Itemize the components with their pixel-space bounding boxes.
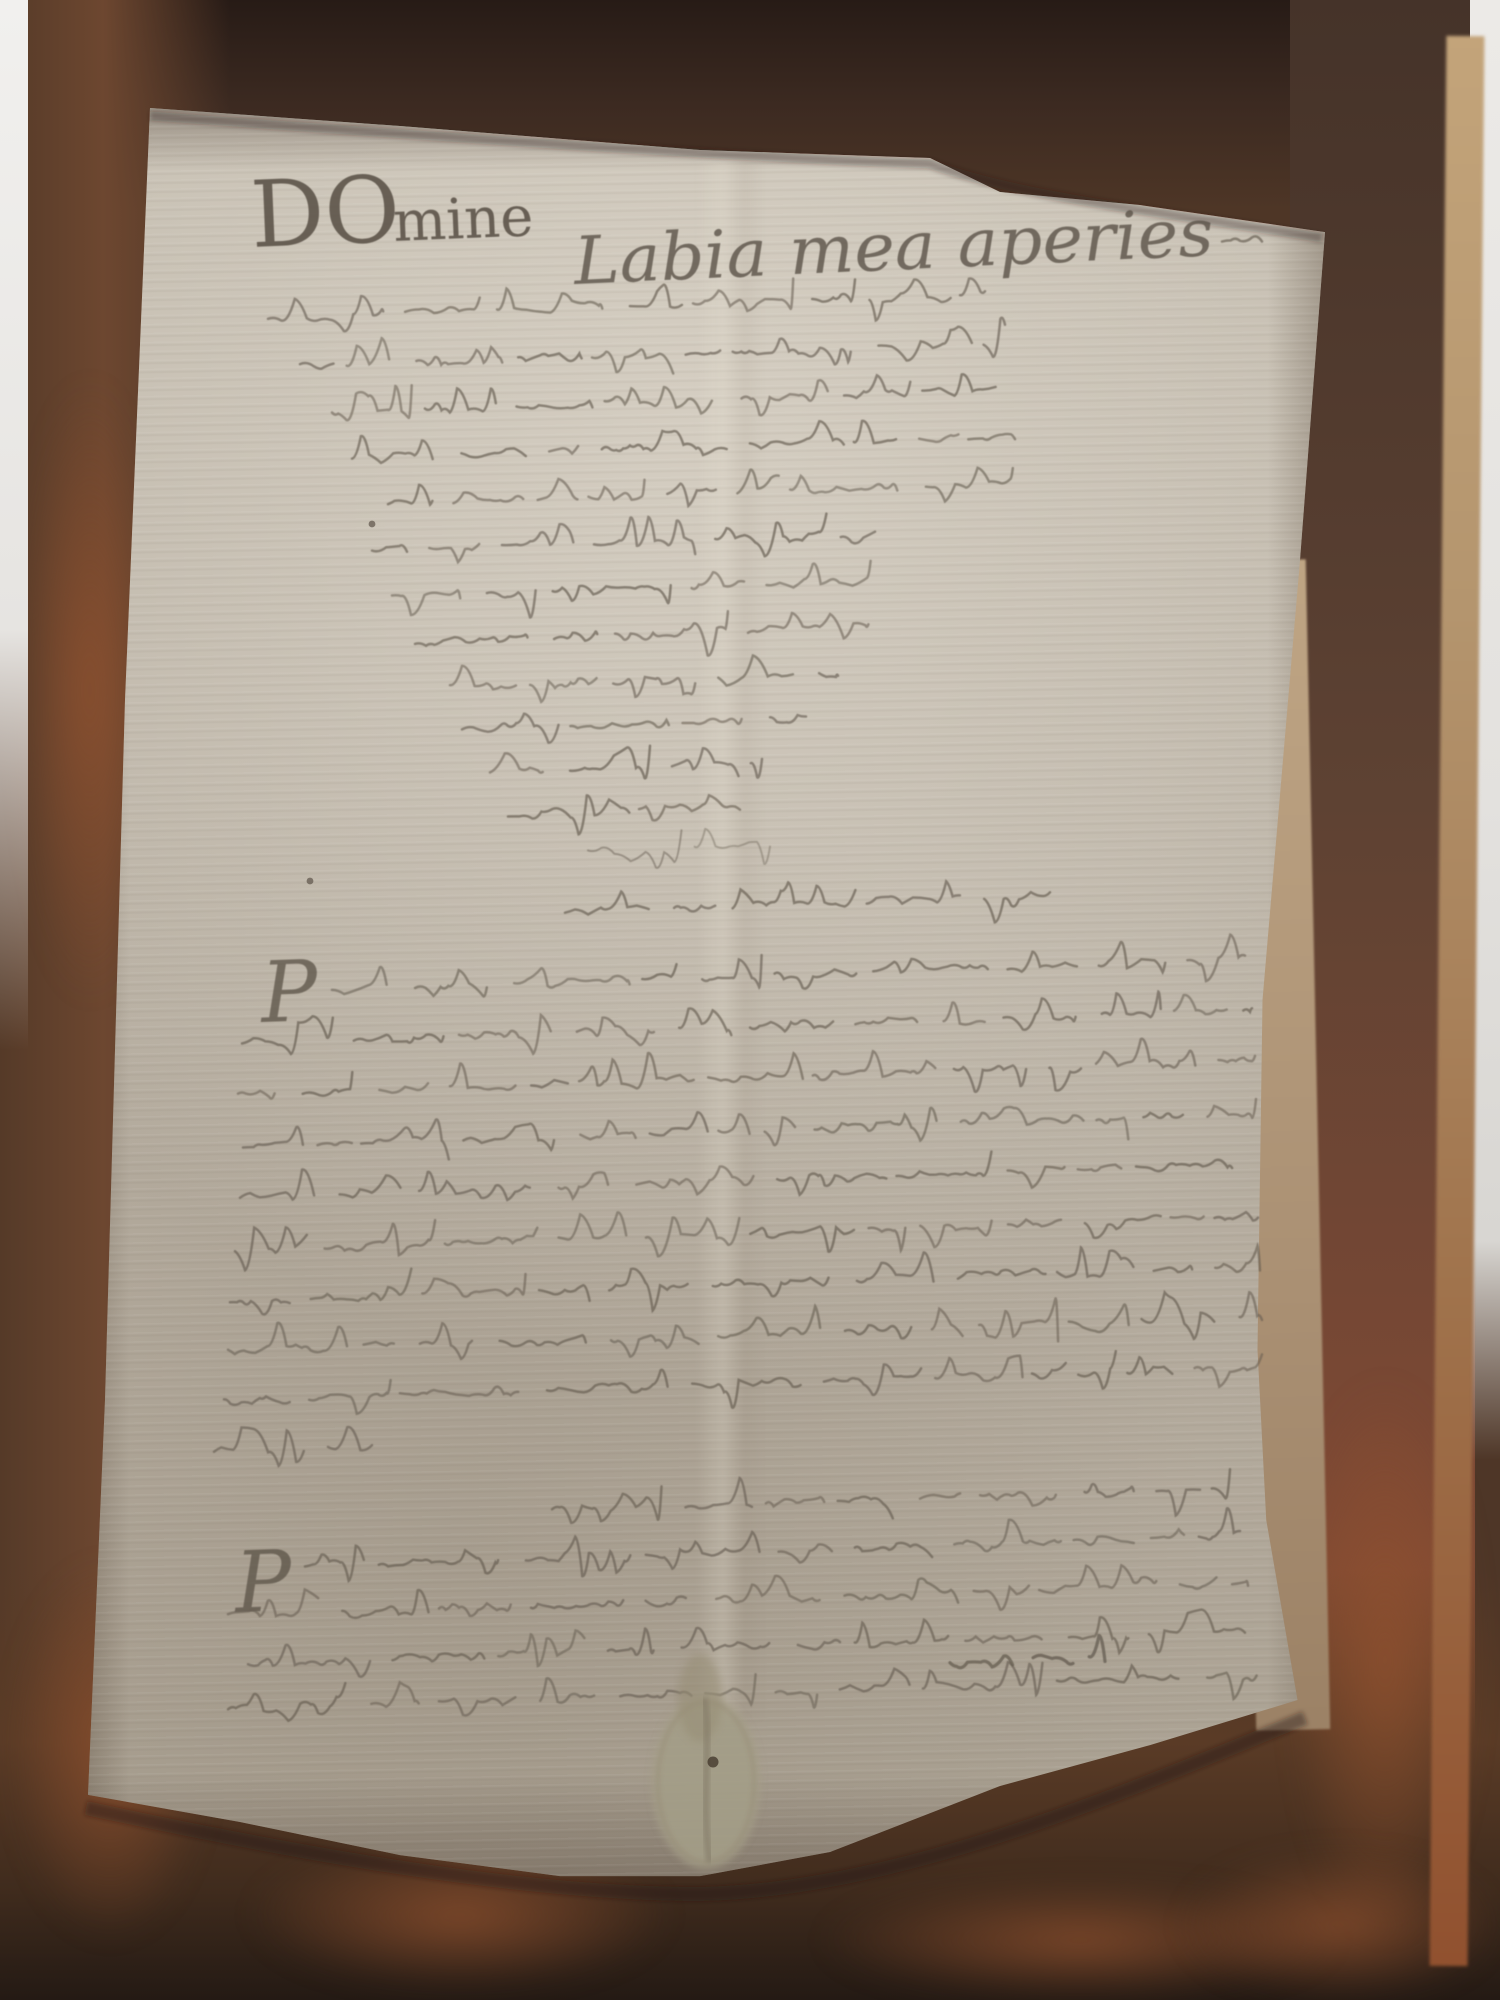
handwriting-line [646, 1532, 760, 1569]
handwriting-line [1207, 1673, 1256, 1699]
handwriting-line [686, 351, 721, 355]
handwriting-line [642, 964, 676, 979]
handwriting-line [379, 1550, 498, 1573]
stain-smear-top [678, 1654, 722, 1742]
handwriting-line [502, 524, 573, 545]
paragraph-initial-2: P [231, 1532, 294, 1632]
handwriting-line [751, 759, 762, 778]
handwriting-line [954, 1066, 1026, 1092]
handwriting-line [1078, 1165, 1121, 1171]
handwriting-line [1180, 1577, 1217, 1588]
handwriting-line [1232, 1581, 1248, 1586]
handwriting-line [1069, 1304, 1129, 1331]
handwriting-line [309, 1380, 390, 1414]
handwriting-line [748, 613, 868, 638]
handwriting-line [589, 480, 645, 500]
handwriting-line [1099, 942, 1165, 972]
handwriting-line [776, 1691, 817, 1707]
handwriting-line [531, 1080, 568, 1087]
handwriting-line [592, 349, 673, 373]
handwriting-line [869, 1228, 906, 1250]
handwriting-line [750, 421, 844, 448]
handwriting-line [342, 1590, 428, 1618]
handwriting-line [230, 1300, 290, 1315]
handwriting-line [463, 1124, 554, 1150]
handwriting-line [667, 484, 716, 506]
handwriting-line [765, 1118, 795, 1146]
title-initial-caps: DO [248, 156, 402, 269]
handwriting-line [1039, 1565, 1156, 1592]
handwriting-line [779, 1544, 832, 1562]
ink-layer: DO mine Labia mea aperies P P [0, 0, 1500, 2000]
handwriting-line [840, 1669, 910, 1692]
handwriting-line [873, 959, 988, 972]
handwriting-line [615, 611, 728, 655]
handwriting-line [588, 830, 682, 868]
handwriting-line [577, 1018, 654, 1045]
handwriting-line [679, 1008, 731, 1035]
stain-group [652, 1654, 760, 1868]
handwriting-line [961, 1107, 1084, 1125]
handwriting-line [737, 470, 778, 494]
handwriting-line [602, 431, 727, 455]
handwriting-line [855, 1620, 948, 1647]
title-group: DO mine Labia mea aperies [248, 156, 1215, 300]
handwriting-line [845, 1579, 959, 1603]
title-initial-rest: mine [392, 184, 535, 255]
handwriting-line [1215, 1246, 1260, 1272]
handwriting-line [777, 1174, 886, 1195]
handwriting-line [609, 1269, 687, 1311]
handwriting-line [1199, 1508, 1240, 1539]
handwriting-line [439, 1697, 515, 1715]
handwriting-line [1089, 1635, 1105, 1661]
handwriting-line [514, 968, 629, 987]
handwriting-line [531, 1600, 623, 1608]
handwriting-line [325, 1220, 436, 1255]
handwriting-line [692, 572, 744, 589]
handwriting-line [539, 1285, 590, 1301]
handwriting-line [332, 967, 387, 994]
handwriting-line [672, 748, 739, 776]
handwriting-line [1142, 1293, 1215, 1339]
handwriting-line [980, 1492, 1056, 1505]
handwriting-line [419, 1172, 530, 1200]
handwriting-line [716, 1576, 819, 1603]
handwriting-line [1096, 1039, 1195, 1068]
handwriting-line [922, 374, 995, 395]
handwriting-line [311, 1269, 412, 1301]
handwriting-line [538, 479, 578, 500]
handwriting-line [552, 1486, 662, 1523]
handwriting-line [318, 1142, 352, 1145]
handwriting-line [1212, 1469, 1230, 1498]
handwriting-line [415, 970, 487, 996]
handwriting-line [416, 347, 502, 365]
handwriting-line [459, 1015, 551, 1054]
handwriting-line [559, 1212, 627, 1239]
handwriting-line [1208, 1099, 1257, 1118]
handwriting-line [487, 590, 536, 617]
handwriting-line [845, 1325, 911, 1338]
handwriting-line [1243, 1008, 1252, 1012]
handwriting-line [1240, 1292, 1262, 1320]
handwriting-line [462, 714, 559, 743]
handwriting-line [824, 1364, 921, 1394]
handwriting-line [855, 1018, 917, 1024]
handwriting-line [650, 1112, 708, 1135]
handwriting-line [1085, 1484, 1134, 1497]
handwriting-line [332, 385, 412, 420]
handwriting-line [841, 532, 875, 544]
handwriting-line [393, 1653, 485, 1661]
handwriting-line [920, 1493, 960, 1498]
handwriting-line [611, 1326, 699, 1357]
handwriting-line [713, 1278, 829, 1297]
handwriting-line [718, 656, 793, 686]
handwriting-line [605, 387, 712, 413]
handwriting-line [926, 468, 1013, 502]
handwriting-line [944, 1003, 985, 1025]
handwriting-line [718, 1306, 820, 1337]
handwriting-line [968, 434, 1015, 440]
handwriting-line [718, 1114, 749, 1133]
handwriting-line [1078, 1351, 1116, 1388]
handwriting-line [570, 746, 650, 779]
handwriting-line [405, 298, 480, 313]
handwriting-line [1156, 1490, 1200, 1516]
handwriting-line [508, 795, 629, 834]
handwriting-line [878, 327, 971, 361]
handwriting-line [305, 1546, 364, 1581]
handwriting-line [392, 590, 460, 615]
handwriting-line [733, 339, 851, 365]
handwriting-line [1174, 995, 1227, 1014]
handwriting-line [613, 677, 695, 697]
handwriting-line [1218, 1056, 1255, 1062]
handwriting-line [1057, 1248, 1133, 1278]
handwriting-line [372, 545, 407, 551]
handwriting-line [490, 753, 543, 772]
ink-dot [369, 521, 376, 528]
handwriting-line [639, 795, 740, 820]
handwriting-line [1143, 1113, 1183, 1118]
handwriting-line [303, 1072, 353, 1096]
handwriting-line [974, 1586, 1029, 1610]
handwriting-line [450, 666, 516, 689]
handwriting-line [420, 1323, 472, 1359]
stain-streak [704, 1698, 710, 1862]
handwriting-line [733, 882, 856, 908]
handwriting-line [1222, 236, 1262, 241]
handwriting-line [767, 561, 871, 588]
handwriting-line [608, 1629, 654, 1655]
handwriting-line [1032, 1363, 1066, 1379]
handwriting-line [594, 517, 695, 554]
handwriting-line [819, 673, 838, 677]
handwriting-line [300, 363, 334, 369]
handwriting-line [1033, 1655, 1073, 1664]
handwriting-line [674, 906, 715, 912]
handwriting-line [388, 485, 432, 505]
handwriting-line [1171, 1216, 1204, 1219]
handwriting-line [540, 1678, 594, 1702]
handwriting-lines [214, 236, 1262, 1720]
handwriting-line [1008, 952, 1077, 972]
handwriting-line [935, 1356, 1022, 1381]
handwriting-line [228, 1683, 345, 1721]
handwriting-line [646, 1597, 686, 1607]
handwriting-line [1187, 935, 1245, 981]
handwriting-line [240, 1169, 314, 1199]
handwriting-line [708, 1053, 803, 1082]
handwriting-line [1008, 1220, 1061, 1227]
handwriting-line [692, 1378, 800, 1408]
handwriting-line [248, 1645, 370, 1677]
paragraph-initial-1: P [257, 942, 320, 1042]
handwriting-line [766, 1497, 824, 1506]
handwriting-line [547, 1370, 668, 1393]
handwriting-line [228, 1323, 347, 1354]
handwriting-line [352, 436, 433, 463]
handwriting-line [636, 1166, 753, 1194]
handwriting-line [1151, 1529, 1184, 1538]
handwriting-line [530, 678, 597, 702]
handwriting-line [1085, 1215, 1161, 1238]
handwriting-line [867, 881, 960, 903]
handwriting-line [354, 1035, 444, 1043]
handwriting-line [526, 1537, 630, 1577]
handwriting-line [549, 446, 578, 453]
handwriting-line [715, 514, 826, 557]
photograph-of-manuscript: DO mine Labia mea aperies P P [0, 0, 1500, 2000]
handwriting-line [579, 1053, 694, 1088]
handwriting-line [844, 375, 910, 398]
handwriting-line [686, 1478, 752, 1508]
handwriting-line [450, 1064, 515, 1090]
handwriting-line [371, 1682, 418, 1706]
handwriting-line [429, 544, 479, 562]
handwriting-line [1136, 1160, 1232, 1171]
handwriting-line [984, 892, 1050, 922]
handwriting-line [1004, 998, 1076, 1029]
handwriting-line [854, 421, 896, 443]
handwriting-line [950, 1656, 1013, 1668]
ink-dots [307, 521, 376, 885]
handwriting-line [235, 1227, 307, 1270]
handwriting-line [559, 1172, 609, 1198]
handwriting-line [518, 354, 581, 362]
handwriting-line [1215, 1212, 1259, 1220]
handwriting-line [1049, 1068, 1081, 1091]
handwriting-line [238, 1091, 275, 1099]
handwriting-line [1102, 992, 1161, 1018]
handwriting-line [328, 1427, 372, 1450]
handwriting-line [897, 1152, 992, 1178]
handwriting-line [580, 1121, 635, 1139]
handwriting-line [243, 1127, 303, 1148]
handwriting-line [554, 632, 597, 641]
handwriting-line [702, 955, 761, 987]
handwriting-line [932, 1309, 963, 1336]
handwriting-line [646, 1218, 739, 1257]
handwriting-line [1008, 1167, 1065, 1188]
handwriting-line [775, 970, 857, 989]
handwriting-line [790, 476, 897, 493]
handwriting-line [570, 720, 668, 728]
handwriting-line [919, 434, 958, 441]
handwriting-line [923, 1662, 1043, 1695]
handwriting-line [750, 1020, 833, 1031]
handwriting-line [683, 719, 742, 724]
handwriting-line [695, 829, 770, 864]
handwriting-line [984, 318, 1005, 357]
handwriting-line [750, 1226, 854, 1251]
handwriting-line [838, 1497, 893, 1519]
handwriting-line [498, 1631, 584, 1667]
handwriting-line [1195, 1354, 1262, 1386]
handwriting-line [439, 1603, 511, 1616]
handwriting-line [1149, 1610, 1245, 1653]
handwriting-line [742, 380, 828, 415]
handwriting-line [770, 715, 806, 723]
handwriting-line [855, 1543, 932, 1557]
handwriting-line [553, 585, 671, 603]
handwriting-line [958, 1269, 1046, 1279]
handwriting-line [340, 1175, 401, 1197]
handwriting-line [415, 635, 528, 646]
handwriting-line [268, 296, 383, 331]
handwriting-line [1097, 1118, 1129, 1140]
handwriting-line [1127, 1357, 1172, 1374]
handwriting-line [500, 1335, 586, 1346]
handwriting-line [347, 338, 389, 366]
handwriting-line [453, 493, 523, 504]
handwriting-line [798, 1640, 840, 1649]
handwriting-line [857, 1252, 934, 1282]
handwriting-line [1154, 1266, 1192, 1272]
handwriting-line [361, 1119, 449, 1159]
handwriting-line [682, 1628, 770, 1650]
handwriting-line [565, 892, 649, 915]
title-latin-phrase: Labia mea aperies [571, 194, 1215, 300]
handwriting-line [965, 1636, 1041, 1642]
handwriting-line [517, 401, 593, 408]
handwriting-line [813, 1051, 936, 1080]
handwriting-line [1057, 1666, 1178, 1683]
handwriting-line [364, 1342, 394, 1346]
handwriting-line [422, 1274, 525, 1297]
handwriting-line [425, 388, 496, 412]
handwriting-line [214, 1427, 304, 1465]
handwriting-line [400, 1387, 518, 1396]
handwriting-line [1074, 1536, 1134, 1545]
handwriting-line [979, 1298, 1058, 1341]
handwriting-line [224, 1397, 290, 1405]
handwriting-line [954, 1520, 1061, 1551]
stain-dark-dot [708, 1757, 719, 1768]
handwriting-line [379, 1083, 428, 1093]
handwriting-line [461, 448, 525, 457]
ink-dot [307, 878, 314, 885]
handwriting-line [920, 1221, 991, 1247]
handwriting-line [815, 1108, 937, 1141]
handwriting-line [445, 1228, 537, 1245]
